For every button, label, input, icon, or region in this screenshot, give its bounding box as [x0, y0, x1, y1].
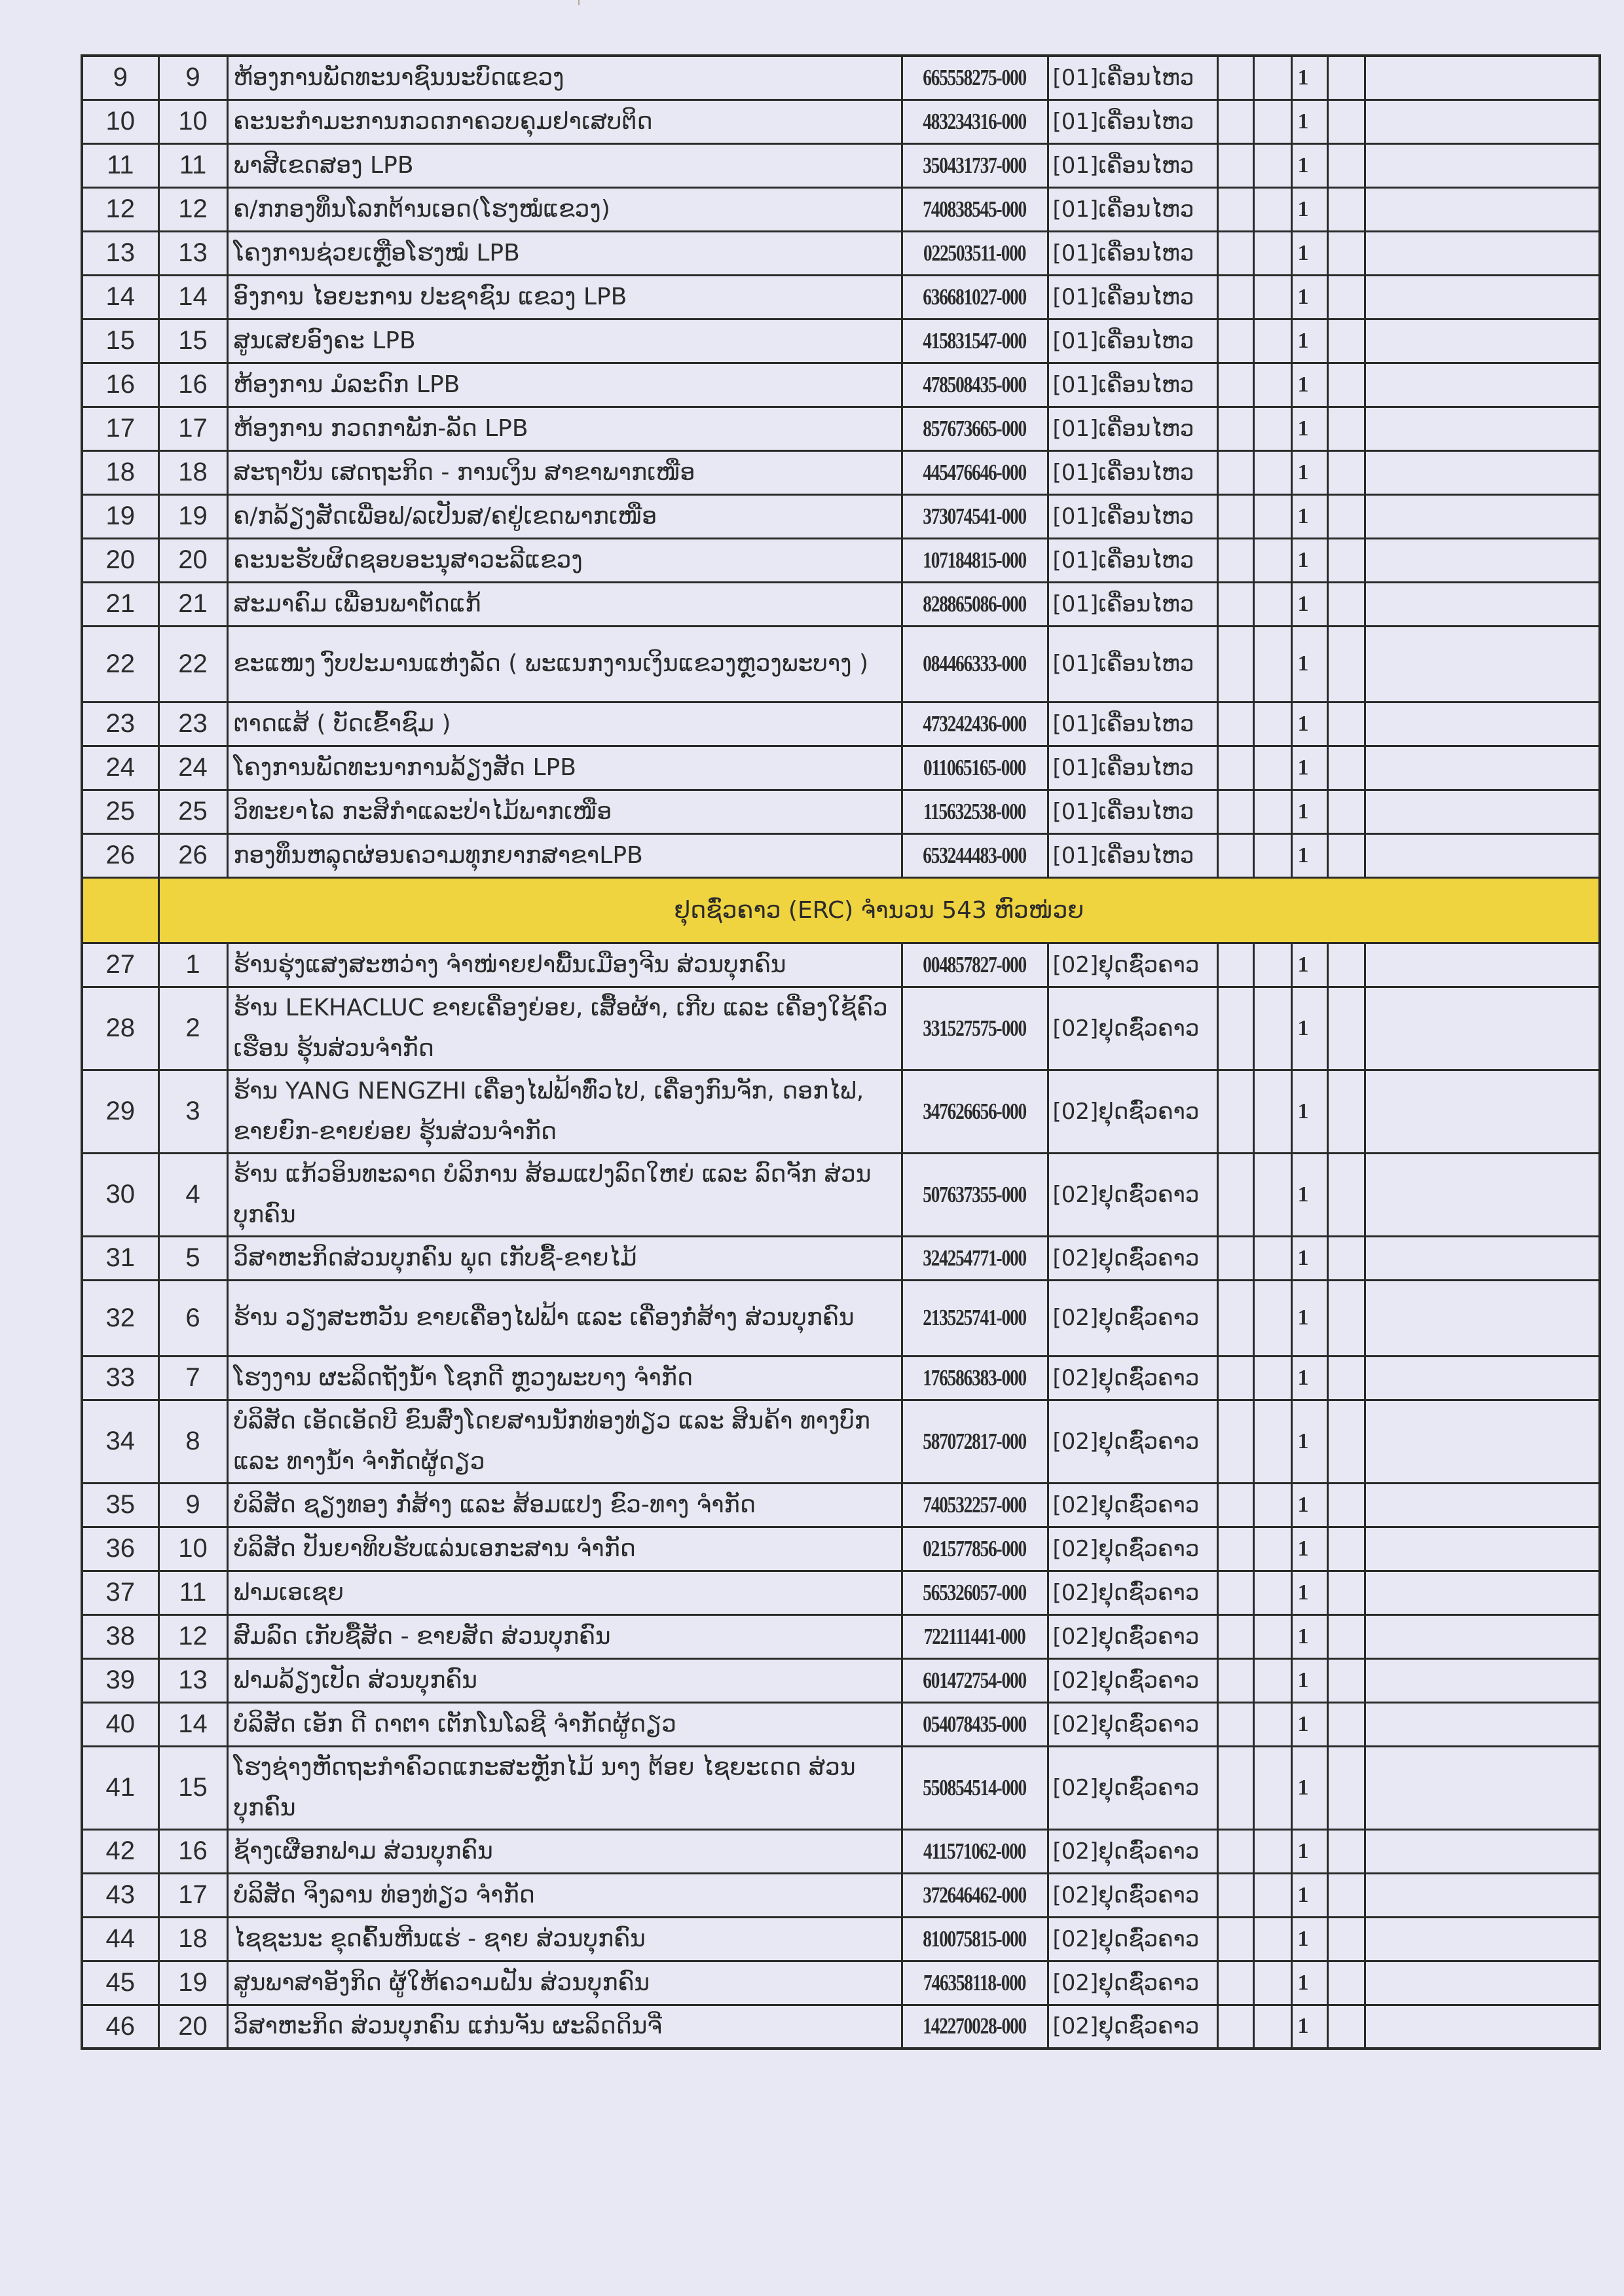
blank-cell — [1253, 626, 1291, 702]
blank-cell — [1217, 1236, 1253, 1280]
tin-cell: 107184815-000 — [902, 538, 1048, 582]
count-flag-cell: 1 — [1291, 538, 1327, 582]
blank-cell — [1217, 987, 1253, 1070]
status-category-cell: [02]ຢຸດຊົ່ວຄາວ — [1048, 1280, 1217, 1356]
blank-cell — [1253, 746, 1291, 790]
blank-cell — [1253, 1614, 1291, 1658]
blank-cell — [1217, 143, 1253, 187]
remarks-cell — [1365, 943, 1600, 987]
tin-text: 411571062-000 — [923, 1838, 1025, 1865]
sub-number-cell: 23 — [158, 702, 227, 746]
tin-cell: 324254771-000 — [902, 1236, 1048, 1280]
tin-cell: 415831547-000 — [902, 319, 1048, 363]
blank-cell — [1253, 833, 1291, 877]
remarks-cell — [1365, 833, 1600, 877]
blank-cell — [1217, 1873, 1253, 1917]
status-category-cell: [01]ເຄື່ອນໄຫວ — [1048, 319, 1217, 363]
tin-cell: 478508435-000 — [902, 363, 1048, 407]
row-number-cell: 22 — [82, 626, 158, 702]
blank-cell — [1327, 56, 1365, 100]
entity-name-cell: ຄະນະກຳມະການກວດກາຄວບຄຸມຢາເສບຕິດ — [227, 100, 902, 143]
entity-name-cell: ຟາມເອເຊຍ — [227, 1571, 902, 1614]
blank-cell — [1327, 746, 1365, 790]
blank-cell — [1253, 187, 1291, 231]
tin-text: 507637355-000 — [923, 1182, 1027, 1208]
entity-name-cell: ໄຊຊະນະ ຂຸດຄົ້ນຫີນແຮ່ - ຊາຍ ສ່ວນບຸກຄົນ — [227, 1917, 902, 1961]
table-row: 3610ບໍລິສັດ ປັນຍາທິບຮັບແລ່ນເອກະສານ ຈຳກັດ… — [82, 1527, 1600, 1571]
table-row: 2626ກອງທຶນຫລຸດຜ່ອນຄວາມທຸກຍາກສາຂາLPB65324… — [82, 833, 1600, 877]
tin-cell: 550854514-000 — [902, 1746, 1048, 1829]
tin-cell: 115632538-000 — [902, 790, 1048, 833]
blank-cell — [1217, 702, 1253, 746]
tin-cell: 740838545-000 — [902, 187, 1048, 231]
status-category-cell: [02]ຢຸດຊົ່ວຄາວ — [1048, 1527, 1217, 1571]
blank-cell — [1253, 1527, 1291, 1571]
sub-number-cell: 9 — [158, 1483, 227, 1527]
tin-cell: 084466333-000 — [902, 626, 1048, 702]
remarks-cell — [1365, 1702, 1600, 1746]
count-flag-cell: 1 — [1291, 1746, 1327, 1829]
remarks-cell — [1365, 626, 1600, 702]
row-number-cell: 37 — [82, 1571, 158, 1614]
blank-cell — [1253, 987, 1291, 1070]
count-flag-cell: 1 — [1291, 1153, 1327, 1236]
tin-text: 347626656-000 — [923, 1099, 1027, 1125]
section-header-row: ຢຸດຊົ່ວຄາວ (ERC) ຈຳນວນ 543 ຫົວໜ່ວຍ — [82, 877, 1600, 943]
remarks-cell — [1365, 1527, 1600, 1571]
row-number-cell: 24 — [82, 746, 158, 790]
table-row: 1616ຫ້ອງການ ມໍລະດົກ LPB478508435-000[01]… — [82, 363, 1600, 407]
blank-cell — [1327, 407, 1365, 450]
entity-name-cell: ຕາດແສ້ ( ບັດເຂົ້າຊົມ ) — [227, 702, 902, 746]
table-row: 4418ໄຊຊະນະ ຂຸດຄົ້ນຫີນແຮ່ - ຊາຍ ສ່ວນບຸກຄົ… — [82, 1917, 1600, 1961]
row-number-cell: 43 — [82, 1873, 158, 1917]
blank-cell — [1327, 1153, 1365, 1236]
status-category-cell: [01]ເຄື່ອນໄຫວ — [1048, 56, 1217, 100]
row-number-cell: 34 — [82, 1400, 158, 1483]
remarks-cell — [1365, 1961, 1600, 2005]
row-number-cell: 14 — [82, 275, 158, 319]
sub-number-cell: 18 — [158, 450, 227, 494]
blank-cell — [1253, 275, 1291, 319]
count-flag-cell: 1 — [1291, 1070, 1327, 1153]
blank-cell — [1327, 1527, 1365, 1571]
count-flag-cell: 1 — [1291, 1702, 1327, 1746]
table-row: 3812ສົມລົດ ເກັບຊື້ສັດ - ຂາຍສັດ ສ່ວນບຸກຄົ… — [82, 1614, 1600, 1658]
sub-number-cell: 20 — [158, 2005, 227, 2049]
blank-cell — [1253, 407, 1291, 450]
blank-cell — [1253, 143, 1291, 187]
tin-text: 473242436-000 — [923, 711, 1027, 737]
entity-name-cell: ພາສີເຂດສອງ LPB — [227, 143, 902, 187]
blank-cell — [1217, 538, 1253, 582]
remarks-cell — [1365, 1917, 1600, 1961]
count-flag-cell: 1 — [1291, 275, 1327, 319]
remarks-cell — [1365, 538, 1600, 582]
status-category-cell: [02]ຢຸດຊົ່ວຄາວ — [1048, 1400, 1217, 1483]
entity-name-cell: ບໍລິສັດ ປັນຍາທິບຮັບແລ່ນເອກະສານ ຈຳກັດ — [227, 1527, 902, 1571]
blank-cell — [1217, 1746, 1253, 1829]
blank-cell — [1327, 1658, 1365, 1702]
blank-cell — [1327, 1614, 1365, 1658]
count-flag-cell: 1 — [1291, 833, 1327, 877]
status-category-cell: [01]ເຄື່ອນໄຫວ — [1048, 746, 1217, 790]
table-row: 337ໂຮງງານ ຜະລິດຖັງນໍ້າ ໂຊກດີ ຫຼວງພະບາງ ຈ… — [82, 1356, 1600, 1400]
table-row: 293ຮ້ານ YANG NENGZHI ເຄື່ອງໄຟຟ້າທົ່ວໄປ, … — [82, 1070, 1600, 1153]
tin-cell: 857673665-000 — [902, 407, 1048, 450]
status-category-cell: [02]ຢຸດຊົ່ວຄາວ — [1048, 1829, 1217, 1873]
sub-number-cell: 2 — [158, 987, 227, 1070]
row-number-cell: 18 — [82, 450, 158, 494]
blank-cell — [1217, 231, 1253, 275]
scan-mark — [578, 0, 580, 5]
table-row: 2424ໂຄງການພັດທະນາການລ້ຽງສັດ LPB011065165… — [82, 746, 1600, 790]
remarks-cell — [1365, 143, 1600, 187]
sub-number-cell: 16 — [158, 1829, 227, 1873]
sub-number-cell: 18 — [158, 1917, 227, 1961]
entity-name-cell: ຮ້ານ YANG NENGZHI ເຄື່ອງໄຟຟ້າທົ່ວໄປ, ເຄື… — [227, 1070, 902, 1153]
blank-cell — [1327, 2005, 1365, 2049]
row-number-cell: 30 — [82, 1153, 158, 1236]
row-number-cell: 13 — [82, 231, 158, 275]
table-row: 348ບໍລິສັດ ເອັດເອັດບີ ຂົນສົ່ງໂດຍສານນັກທ່… — [82, 1400, 1600, 1483]
table-row: 282ຮ້ານ LEKHACLUC ຂາຍເຄື່ອງຍ່ອຍ, ເສື້ອຜ້… — [82, 987, 1600, 1070]
entity-name-cell: ຄ/ກກອງທຶນໂລກຕ້ານເອດ(ໂຮງໝໍແຂວງ) — [227, 187, 902, 231]
count-flag-cell: 1 — [1291, 702, 1327, 746]
table-row: 326ຮ້ານ ວຽງສະຫວັນ ຂາຍເຄື່ອງໄຟຟ້າ ແລະ ເຄື… — [82, 1280, 1600, 1356]
table-row: 304ຮ້ານ ແກ້ວອິນທະລາດ ບໍລິການ ສ້ອມແປງລົດໃ… — [82, 1153, 1600, 1236]
blank-cell — [1327, 790, 1365, 833]
blank-cell — [1217, 833, 1253, 877]
table-row: 3711ຟາມເອເຊຍ565326057-000[02]ຢຸດຊົ່ວຄາວ1 — [82, 1571, 1600, 1614]
count-flag-cell: 1 — [1291, 1829, 1327, 1873]
tin-text: 445476646-000 — [923, 460, 1027, 486]
blank-cell — [1327, 538, 1365, 582]
tin-text: 746358118-000 — [923, 1970, 1025, 1996]
sub-number-cell: 12 — [158, 187, 227, 231]
status-category-cell: [02]ຢຸດຊົ່ວຄາວ — [1048, 1658, 1217, 1702]
tin-text: 653244483-000 — [923, 843, 1027, 869]
count-flag-cell: 1 — [1291, 2005, 1327, 2049]
count-flag-cell: 1 — [1291, 1527, 1327, 1571]
blank-cell — [1217, 1917, 1253, 1961]
section-number-cell — [82, 877, 158, 943]
row-number-cell: 44 — [82, 1917, 158, 1961]
status-category-cell: [01]ເຄື່ອນໄຫວ — [1048, 702, 1217, 746]
row-number-cell: 12 — [82, 187, 158, 231]
table-row: 1313ໂຄງການຊ່ວຍເຫຼືອໂຮງໝໍ LPB022503511-00… — [82, 231, 1600, 275]
remarks-cell — [1365, 275, 1600, 319]
count-flag-cell: 1 — [1291, 1961, 1327, 2005]
remarks-cell — [1365, 56, 1600, 100]
blank-cell — [1253, 1070, 1291, 1153]
entity-name-cell: ຫ້ອງການ ກວດກາພັກ-ລັດ LPB — [227, 407, 902, 450]
sub-number-cell: 19 — [158, 494, 227, 538]
blank-cell — [1253, 1153, 1291, 1236]
count-flag-cell: 1 — [1291, 231, 1327, 275]
entity-name-cell: ວິສາຫະກິດສ່ວນບຸກຄົນ ພຸດ ເກັບຊື້-ຂາຍໄມ້ — [227, 1236, 902, 1280]
blank-cell — [1217, 363, 1253, 407]
tin-text: 022503511-000 — [923, 240, 1025, 266]
status-category-cell: [02]ຢຸດຊົ່ວຄາວ — [1048, 1356, 1217, 1400]
tin-cell: 347626656-000 — [902, 1070, 1048, 1153]
table-row: 4115ໂຮງຊ່າງຫັດຖະກຳຄົວດແກະສະຫຼັກໄມ້ ນາງ ຕ… — [82, 1746, 1600, 1829]
tin-cell: 507637355-000 — [902, 1153, 1048, 1236]
status-category-cell: [02]ຢຸດຊົ່ວຄາວ — [1048, 943, 1217, 987]
row-number-cell: 16 — [82, 363, 158, 407]
count-flag-cell: 1 — [1291, 450, 1327, 494]
tin-cell: 565326057-000 — [902, 1571, 1048, 1614]
blank-cell — [1253, 1829, 1291, 1873]
row-number-cell: 28 — [82, 987, 158, 1070]
tin-text: 373074541-000 — [923, 503, 1027, 530]
count-flag-cell: 1 — [1291, 746, 1327, 790]
count-flag-cell: 1 — [1291, 1483, 1327, 1527]
blank-cell — [1253, 231, 1291, 275]
blank-cell — [1327, 1356, 1365, 1400]
remarks-cell — [1365, 187, 1600, 231]
count-flag-cell: 1 — [1291, 363, 1327, 407]
tin-cell: 350431737-000 — [902, 143, 1048, 187]
status-category-cell: [02]ຢຸດຊົ່ວຄາວ — [1048, 1483, 1217, 1527]
tin-cell: 653244483-000 — [902, 833, 1048, 877]
remarks-cell — [1365, 319, 1600, 363]
status-category-cell: [01]ເຄື່ອນໄຫວ — [1048, 363, 1217, 407]
entity-name-cell: ຟາມລ້ຽງເປັດ ສ່ວນບຸກຄົນ — [227, 1658, 902, 1702]
status-category-cell: [02]ຢຸດຊົ່ວຄາວ — [1048, 987, 1217, 1070]
count-flag-cell: 1 — [1291, 626, 1327, 702]
remarks-cell — [1365, 1070, 1600, 1153]
blank-cell — [1253, 450, 1291, 494]
row-number-cell: 36 — [82, 1527, 158, 1571]
table-row: 1212ຄ/ກກອງທຶນໂລກຕ້ານເອດ(ໂຮງໝໍແຂວງ)740838… — [82, 187, 1600, 231]
sub-number-cell: 22 — [158, 626, 227, 702]
remarks-cell — [1365, 1658, 1600, 1702]
remarks-cell — [1365, 1483, 1600, 1527]
remarks-cell — [1365, 1280, 1600, 1356]
blank-cell — [1327, 275, 1365, 319]
tin-text: 054078435-000 — [923, 1711, 1027, 1738]
blank-cell — [1217, 407, 1253, 450]
status-category-cell: [01]ເຄື່ອນໄຫວ — [1048, 100, 1217, 143]
tin-cell: 483234316-000 — [902, 100, 1048, 143]
row-number-cell: 46 — [82, 2005, 158, 2049]
tin-cell: 828865086-000 — [902, 582, 1048, 626]
count-flag-cell: 1 — [1291, 494, 1327, 538]
tin-cell: 665558275-000 — [902, 56, 1048, 100]
remarks-cell — [1365, 1356, 1600, 1400]
blank-cell — [1327, 187, 1365, 231]
sub-number-cell: 10 — [158, 1527, 227, 1571]
tin-text: 601472754-000 — [923, 1667, 1027, 1694]
tin-cell: 636681027-000 — [902, 275, 1048, 319]
blank-cell — [1327, 1400, 1365, 1483]
tin-cell: 054078435-000 — [902, 1702, 1048, 1746]
status-category-cell: [02]ຢຸດຊົ່ວຄາວ — [1048, 2005, 1217, 2049]
row-number-cell: 21 — [82, 582, 158, 626]
blank-cell — [1253, 1873, 1291, 1917]
section-title: ຢຸດຊົ່ວຄາວ (ERC) ຈຳນວນ 543 ຫົວໜ່ວຍ — [158, 877, 1600, 943]
remarks-cell — [1365, 1571, 1600, 1614]
tin-cell: 373074541-000 — [902, 494, 1048, 538]
tin-text: 565326057-000 — [923, 1580, 1027, 1606]
count-flag-cell: 1 — [1291, 1280, 1327, 1356]
tin-text: 740532257-000 — [923, 1492, 1027, 1518]
blank-cell — [1327, 1571, 1365, 1614]
table-row: 1818ສະຖາບັນ ເສດຖະກິດ - ການເງິນ ສາຂາພາກເໜ… — [82, 450, 1600, 494]
status-category-cell: [01]ເຄື່ອນໄຫວ — [1048, 582, 1217, 626]
blank-cell — [1327, 1829, 1365, 1873]
table-row: 2222ຂະແໜງ ງົບປະມານແຫ່ງລັດ ( ພະແນກງານເງິນ… — [82, 626, 1600, 702]
tin-text: 176586383-000 — [923, 1365, 1027, 1391]
sub-number-cell: 3 — [158, 1070, 227, 1153]
entity-name-cell: ໂຮງງານ ຜະລິດຖັງນໍ້າ ໂຊກດີ ຫຼວງພະບາງ ຈຳກັ… — [227, 1356, 902, 1400]
sub-number-cell: 11 — [158, 1571, 227, 1614]
tin-cell: 411571062-000 — [902, 1829, 1048, 1873]
tin-cell: 372646462-000 — [902, 1873, 1048, 1917]
blank-cell — [1217, 1658, 1253, 1702]
entity-name-cell: ຮ້ານ LEKHACLUC ຂາຍເຄື່ອງຍ່ອຍ, ເສື້ອຜ້າ, … — [227, 987, 902, 1070]
blank-cell — [1217, 2005, 1253, 2049]
blank-cell — [1217, 1070, 1253, 1153]
sub-number-cell: 26 — [158, 833, 227, 877]
row-number-cell: 38 — [82, 1614, 158, 1658]
tin-text: 636681027-000 — [923, 284, 1027, 310]
tin-cell: 176586383-000 — [902, 1356, 1048, 1400]
sub-number-cell: 5 — [158, 1236, 227, 1280]
status-category-cell: [01]ເຄື່ອນໄຫວ — [1048, 143, 1217, 187]
blank-cell — [1253, 943, 1291, 987]
status-category-cell: [01]ເຄື່ອນໄຫວ — [1048, 833, 1217, 877]
table-row: 1010ຄະນະກຳມະການກວດກາຄວບຄຸມຢາເສບຕິດ483234… — [82, 100, 1600, 143]
row-number-cell: 25 — [82, 790, 158, 833]
sub-number-cell: 14 — [158, 1702, 227, 1746]
entity-name-cell: ຄະນະຮັບຜິດຊອບອະນຸສາວະລີແຂວງ — [227, 538, 902, 582]
count-flag-cell: 1 — [1291, 790, 1327, 833]
remarks-cell — [1365, 1400, 1600, 1483]
entity-name-cell: ບໍລິສັດ ຈິງລານ ທ່ອງທ່ຽວ ຈຳກັດ — [227, 1873, 902, 1917]
blank-cell — [1217, 100, 1253, 143]
sub-number-cell: 17 — [158, 407, 227, 450]
sub-number-cell: 9 — [158, 56, 227, 100]
blank-cell — [1327, 1702, 1365, 1746]
count-flag-cell: 1 — [1291, 1873, 1327, 1917]
blank-cell — [1327, 363, 1365, 407]
sub-number-cell: 7 — [158, 1356, 227, 1400]
row-number-cell: 26 — [82, 833, 158, 877]
blank-cell — [1217, 1829, 1253, 1873]
blank-cell — [1253, 1658, 1291, 1702]
row-number-cell: 33 — [82, 1356, 158, 1400]
entity-name-cell: ບໍລິສັດ ເອັກ ດີ ດາຕາ ເຕັກໂນໂລຊີ ຈຳກັດຜູ້… — [227, 1702, 902, 1746]
blank-cell — [1217, 746, 1253, 790]
blank-cell — [1253, 2005, 1291, 2049]
blank-cell — [1253, 1236, 1291, 1280]
entity-name-cell: ສະຖາບັນ ເສດຖະກິດ - ການເງິນ ສາຂາພາກເໜືອ — [227, 450, 902, 494]
count-flag-cell: 1 — [1291, 943, 1327, 987]
tin-text: 331527575-000 — [923, 1015, 1027, 1042]
tin-text: 372646462-000 — [923, 1882, 1027, 1908]
blank-cell — [1327, 833, 1365, 877]
table-row: 2525ວິທະຍາໄລ ກະສິກຳແລະປ່າໄມ້ພາກເໜືອ11563… — [82, 790, 1600, 833]
blank-cell — [1217, 187, 1253, 231]
row-number-cell: 41 — [82, 1746, 158, 1829]
blank-cell — [1217, 1483, 1253, 1527]
blank-cell — [1253, 1356, 1291, 1400]
status-category-cell: [02]ຢຸດຊົ່ວຄາວ — [1048, 1153, 1217, 1236]
status-category-cell: [01]ເຄື່ອນໄຫວ — [1048, 231, 1217, 275]
entity-name-cell: ອົງການ ໄອຍະການ ປະຊາຊົນ ແຂວງ LPB — [227, 275, 902, 319]
tin-cell: 601472754-000 — [902, 1658, 1048, 1702]
row-number-cell: 45 — [82, 1961, 158, 2005]
row-number-cell: 11 — [82, 143, 158, 187]
sub-number-cell: 20 — [158, 538, 227, 582]
remarks-cell — [1365, 2005, 1600, 2049]
entity-name-cell: ໂຄງການຊ່ວຍເຫຼືອໂຮງໝໍ LPB — [227, 231, 902, 275]
table-row: 2020ຄະນະຮັບຜິດຊອບອະນຸສາວະລີແຂວງ107184815… — [82, 538, 1600, 582]
taxpayer-register-table: 99ຫ້ອງການພັດທະນາຊົນນະບົດແຂວງ665558275-00… — [81, 54, 1601, 2050]
tin-text: 021577856-000 — [923, 1536, 1027, 1562]
row-number-cell: 35 — [82, 1483, 158, 1527]
tin-text: 722111441-000 — [924, 1624, 1025, 1650]
count-flag-cell: 1 — [1291, 1400, 1327, 1483]
tin-text: 478508435-000 — [923, 372, 1027, 398]
sub-number-cell: 1 — [158, 943, 227, 987]
row-number-cell: 29 — [82, 1070, 158, 1153]
blank-cell — [1217, 1571, 1253, 1614]
entity-name-cell: ສະມາຄົມ ເພື່ອນພາຕັດແກ້ — [227, 582, 902, 626]
tin-cell: 746358118-000 — [902, 1961, 1048, 2005]
blank-cell — [1253, 538, 1291, 582]
blank-cell — [1217, 56, 1253, 100]
tin-text: 213525741-000 — [923, 1305, 1027, 1331]
tin-text: 828865086-000 — [923, 591, 1027, 617]
remarks-cell — [1365, 1614, 1600, 1658]
table-row: 4620ວິສາຫະກິດ ສ່ວນບຸກຄົນ ແກ່ນຈັນ ຜະລິດດິ… — [82, 2005, 1600, 2049]
blank-cell — [1253, 1961, 1291, 2005]
blank-cell — [1327, 702, 1365, 746]
sub-number-cell: 15 — [158, 1746, 227, 1829]
count-flag-cell: 1 — [1291, 1614, 1327, 1658]
blank-cell — [1217, 943, 1253, 987]
tin-text: 324254771-000 — [923, 1245, 1027, 1271]
count-flag-cell: 1 — [1291, 1658, 1327, 1702]
blank-cell — [1253, 56, 1291, 100]
blank-cell — [1253, 790, 1291, 833]
blank-cell — [1253, 100, 1291, 143]
count-flag-cell: 1 — [1291, 582, 1327, 626]
table-row: 2323ຕາດແສ້ ( ບັດເຂົ້າຊົມ )473242436-000[… — [82, 702, 1600, 746]
table-row: 1717ຫ້ອງການ ກວດກາພັກ-ລັດ LPB857673665-00… — [82, 407, 1600, 450]
status-category-cell: [02]ຢຸດຊົ່ວຄາວ — [1048, 1571, 1217, 1614]
entity-name-cell: ໂຄງການພັດທະນາການລ້ຽງສັດ LPB — [227, 746, 902, 790]
tin-text: 587072817-000 — [923, 1429, 1027, 1455]
status-category-cell: [02]ຢຸດຊົ່ວຄາວ — [1048, 1873, 1217, 1917]
entity-name-cell: ວິສາຫະກິດ ສ່ວນບຸກຄົນ ແກ່ນຈັນ ຜະລິດດິນຈີ່ — [227, 2005, 902, 2049]
blank-cell — [1253, 702, 1291, 746]
entity-name-cell: ຮ້ານ ວຽງສະຫວັນ ຂາຍເຄື່ອງໄຟຟ້າ ແລະ ເຄື່ອງ… — [227, 1280, 902, 1356]
entity-name-cell: ວິທະຍາໄລ ກະສິກຳແລະປ່າໄມ້ພາກເໜືອ — [227, 790, 902, 833]
remarks-cell — [1365, 450, 1600, 494]
blank-cell — [1327, 231, 1365, 275]
remarks-cell — [1365, 790, 1600, 833]
row-number-cell: 17 — [82, 407, 158, 450]
remarks-cell — [1365, 100, 1600, 143]
blank-cell — [1217, 1527, 1253, 1571]
tin-text: 107184815-000 — [923, 547, 1027, 574]
row-number-cell: 19 — [82, 494, 158, 538]
count-flag-cell: 1 — [1291, 56, 1327, 100]
